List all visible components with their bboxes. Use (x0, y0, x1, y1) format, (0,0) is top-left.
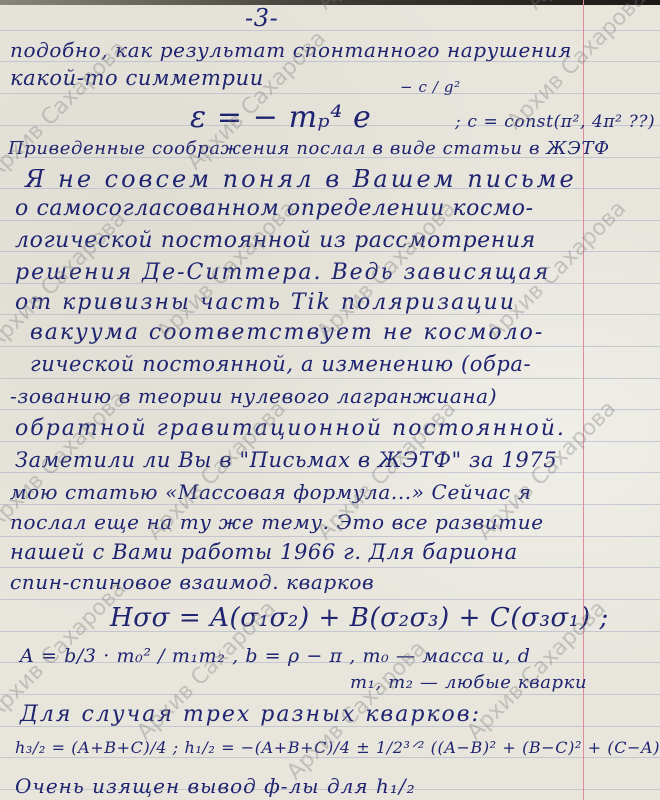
ruled-line (0, 472, 660, 473)
equation-energy: ε = − mₚ⁴ e (190, 100, 371, 135)
text-line: о самосогласованном определении космо- (15, 196, 534, 221)
equation-mass-note: m₁, m₂ — любые кварки (350, 672, 587, 693)
text-line: логической постоянной из рассмотрения (15, 228, 536, 253)
text-line: спин-спиновое взаимод. кварков (10, 570, 374, 594)
equation-h-values: h₃/₂ = (A+B+C)/4 ; h₁/₂ = −(A+B+C)/4 ± 1… (15, 738, 660, 757)
equation-hamiltonian: Hσσ = A(σ₁σ₂) + B(σ₂σ₃) + C(σ₃σ₁) ; (110, 603, 609, 633)
text-line: гической постоянной, а изменению (обра- (30, 352, 531, 376)
ruled-line (0, 409, 660, 410)
equation-exponent: − c / g² (400, 78, 461, 96)
text-line: мою статью «Массовая формула...» Сейчас … (10, 480, 532, 504)
text-line: Заметили ли Вы в "Письмах в ЖЭТФ" за 197… (15, 448, 557, 472)
ruled-line (0, 378, 660, 379)
ruled-line (0, 567, 660, 568)
text-line: послал еще на ту же тему. Это все развит… (10, 510, 544, 534)
ruled-line (0, 504, 660, 505)
text-line: Я не совсем понял в Вашем письме (25, 165, 577, 193)
equation-coefficient-a: A = b/3 · m₀² / m₁m₂ , b = ρ − π , m₀ — … (20, 645, 530, 667)
equation-lhs: ε = − mₚ⁴ e (190, 100, 371, 135)
text-line: Приведенные соображения послал в виде ст… (8, 138, 610, 159)
text-line: Для случая трех разных кварков: (20, 702, 481, 727)
ruled-line (0, 536, 660, 537)
ruled-line (0, 93, 660, 94)
ruled-line (0, 30, 660, 31)
scan-top-edge (0, 0, 660, 5)
text-line: решения Де-Ситтера. Ведь зависящая (15, 260, 550, 285)
ruled-line (0, 346, 660, 347)
text-line: обратной гравитационной постоянной. (15, 416, 566, 441)
text-line: подобно, как результат спонтанного наруш… (10, 38, 572, 62)
text-line: -зованию в теории нулевого лагранжиана) (10, 384, 497, 408)
ruled-line (0, 599, 660, 600)
ruled-line (0, 441, 660, 442)
ruled-line (0, 757, 660, 758)
page-number: -3- (245, 4, 278, 32)
text-line: нашей с Вами работы 1966 г. Для бариона (10, 540, 518, 564)
text-line: какой-то симметрии (10, 66, 264, 90)
text-line: от кривизны часть Tik поляризации (15, 290, 516, 315)
text-line: Очень изящен вывод ф-лы для h₁/₂ (15, 774, 416, 798)
equation-constant: ; c = const(π², 4π² ??) (455, 112, 655, 132)
ruled-line (0, 694, 660, 695)
text-line: вакуума соответствует не космоло- (30, 320, 544, 345)
